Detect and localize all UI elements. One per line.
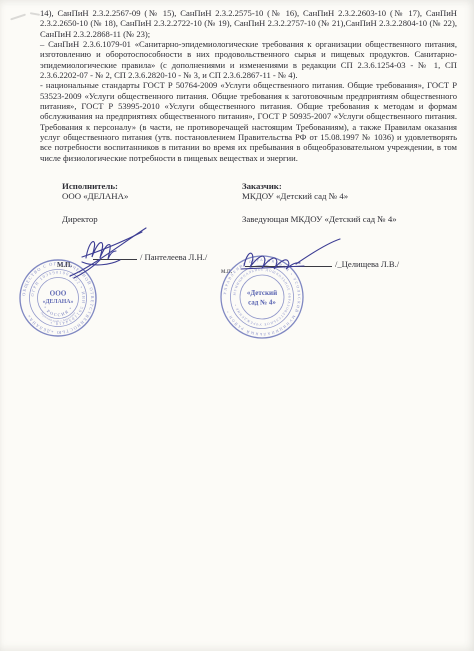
customer-label: Заказчик:	[242, 181, 457, 191]
contract-text-block: 14), СанПиН 2.3.2.2567-09 (№ 15), СанПиН…	[40, 8, 457, 163]
scan-artifact	[30, 12, 40, 15]
executor-name: ООО «ДЕЛАНА»	[62, 191, 232, 201]
stamp-right-name-line1: «Детский	[247, 289, 277, 297]
paragraph-sanpin-list: 14), СанПиН 2.3.2.2567-09 (№ 15), СанПиН…	[40, 8, 457, 39]
customer-sign-name: /_Целищева Л.В./	[332, 259, 399, 269]
scan-artifact	[10, 14, 26, 20]
customer-role: Заведующая МКДОУ «Детский сад № 4»	[242, 214, 457, 224]
stamp-right-name-line2: сад № 4»	[248, 299, 276, 307]
svg-text:МУНИЦИПАЛЬНОЕ ДОШКОЛЬНОЕ ОБРАЗ: МУНИЦИПАЛЬНОЕ ДОШКОЛЬНОЕ ОБРАЗОВАТЕЛЬНОЕ…	[233, 267, 292, 326]
customer-name: МКДОУ «Детский сад № 4»	[242, 191, 457, 201]
stamp-left-org-name: «ДЕЛАНА»	[43, 299, 74, 305]
executor-handwritten-signature	[66, 224, 150, 280]
executor-role: Директор	[62, 214, 232, 224]
paragraph-gost-standards: - национальные стандарты ГОСТ Р 50764-20…	[40, 80, 457, 163]
paragraph-sanpin-1079: – СанПиН 2.3.6.1079-01 «Санитарно-эпидем…	[40, 39, 457, 80]
stamp-right-inner-ring-text: МУНИЦИПАЛЬНОЕ ДОШКОЛЬНОЕ ОБРАЗОВАТЕЛЬНОЕ…	[233, 267, 292, 326]
executor-block: Исполнитель: ООО «ДЕЛАНА» Директор	[62, 181, 232, 224]
customer-block: Заказчик: МКДОУ «Детский сад № 4» Заведу…	[242, 181, 457, 224]
scanned-contract-page: 14), СанПиН 2.3.2.2567-09 (№ 15), СанПиН…	[0, 0, 474, 651]
customer-handwritten-signature	[238, 238, 342, 274]
executor-label: Исполнитель:	[62, 181, 232, 191]
stamp-left-org-type: ООО	[50, 290, 67, 298]
